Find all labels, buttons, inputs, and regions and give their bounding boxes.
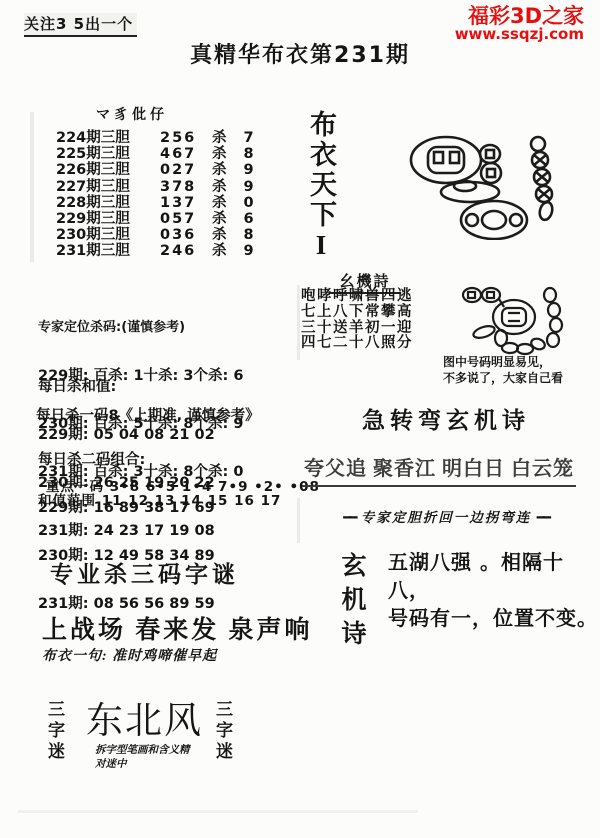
table-row: 230期三胆036杀 8 (56, 227, 260, 243)
dan-table: 224期三胆256杀 7 225期三胆467杀 8 226期三胆027杀 9 2… (56, 130, 260, 260)
section-title: 每日杀和值: (38, 379, 215, 395)
diagram-caption: 图中号码明显易见， 不多说了，大家自己看 (443, 354, 563, 386)
focus-note: 关注3 5出一个 (24, 13, 137, 37)
three-char-answer: 东北风 (86, 690, 203, 744)
scan-artifact (30, 112, 34, 262)
dan-code: 137 (160, 195, 212, 211)
three-char-label-right: 三字迷 (210, 700, 235, 780)
coin-diagram-small (458, 286, 568, 356)
caption-line: 图中号码明显易见， (443, 354, 563, 370)
sharp-turn-line: 夸父追 聚香江 明白日 白云笼 (302, 452, 576, 487)
section-title: 每日杀二码组合: (38, 452, 215, 468)
yaoji-poem-lines: 咆哮呼啸兽四逃 七上八下常攀高 三十送羊初一迎 四七二十八照分 (301, 289, 413, 352)
xuanji-poem-title: 玄机诗 (333, 552, 369, 672)
buyi-tianxia-title: 布衣天下I (302, 110, 341, 270)
page-title: 真精华布衣第231期 (0, 38, 600, 69)
xuanji-poem-lines: 五湖八强 。相隔十八， 号码有一，位置不变。 (388, 548, 600, 632)
poem-line: 四七二十八照分 (301, 336, 413, 352)
dan-code: 256 (160, 130, 212, 146)
separator-text: 专家定胆折回一边拐弯连 (361, 510, 532, 525)
dan-code: 027 (160, 162, 212, 178)
scan-artifact (297, 285, 300, 360)
dash-decoration: ━━ (343, 510, 355, 525)
poem-line: 号码有一，位置不变。 (388, 604, 600, 632)
table-row: 225期三胆467杀 8 (56, 146, 260, 162)
kill-value: 杀 8 (212, 227, 260, 243)
period-label: 229期三胆 (56, 211, 160, 227)
poem-line: 五湖八强 。相隔十八， (388, 548, 600, 604)
kill-value: 杀 7 (212, 130, 260, 146)
period-label: 226期三胆 (56, 162, 160, 178)
dan-table-header: マ豸仳仔 (96, 104, 168, 124)
dan-code: 246 (160, 243, 212, 259)
kill-value: 杀 9 (212, 179, 260, 195)
poem-line: 咆哮呼啸兽四逃 (301, 289, 413, 305)
period-label: 230期三胆 (56, 227, 160, 243)
coin-diagram-large (406, 132, 562, 240)
kill-value: 杀 0 (212, 195, 260, 211)
three-code-riddle-title: 专业杀三码字谜 (50, 556, 239, 589)
note-line: 对迷中 (95, 758, 190, 772)
dan-code: 378 (160, 179, 212, 195)
note-line: 拆字型笔画和含义精 (95, 744, 190, 758)
period-label: 225期三胆 (56, 146, 160, 162)
three-code-riddle-line: 上战场 春来发 泉声响 (42, 610, 313, 646)
sharp-turn-title: 急转弯玄机诗 (300, 402, 592, 435)
table-row: 229期三胆057杀 6 (56, 211, 260, 227)
table-row: 228期三胆137杀 0 (56, 195, 260, 211)
period-label: 227期三胆 (56, 179, 160, 195)
kill-value: 杀 9 (212, 243, 260, 259)
dan-code: 467 (160, 146, 212, 162)
scan-artifact (18, 810, 418, 813)
period-label: 231期三胆 (56, 243, 160, 259)
table-row: 224期三胆256杀 7 (56, 130, 260, 146)
poem-line: 七上八下常攀高 (301, 305, 413, 321)
kill-value: 杀 9 (212, 162, 260, 178)
section-title: 专家定位杀码:(谨慎参考) (38, 320, 243, 336)
site-name: 福彩3D之家 (455, 5, 584, 27)
dan-code: 057 (160, 211, 212, 227)
kill-value: 杀 6 (212, 211, 260, 227)
period-label: 224期三胆 (56, 130, 160, 146)
three-char-note: 拆字型笔画和含义精 对迷中 (95, 744, 190, 772)
table-row: 226期三胆027杀 9 (56, 162, 260, 178)
kill-value: 杀 8 (212, 146, 260, 162)
sum-range-line: 和值范围 11 12 13 14 15 16 17 (38, 489, 281, 509)
three-char-label-left: 三字迷 (42, 700, 67, 780)
buyi-sentence: 布衣一句: 准时鸡啼催早起 (42, 645, 217, 665)
dan-code: 036 (160, 227, 212, 243)
period-label: 228期三胆 (56, 195, 160, 211)
table-row: 231期三胆246杀 9 (56, 243, 260, 259)
dash-decoration: ━━ (537, 510, 549, 525)
caption-line: 不多说了，大家自己看 (443, 370, 563, 386)
table-row: 227期三胆378杀 9 (56, 179, 260, 195)
sharp-turn-separator: ━━ 专家定胆折回一边拐弯连 ━━ (300, 506, 592, 526)
lottery-chart-page: 关注3 5出一个 福彩3D之家 www.ssqzj.com 真精华布衣第231期… (0, 0, 600, 838)
